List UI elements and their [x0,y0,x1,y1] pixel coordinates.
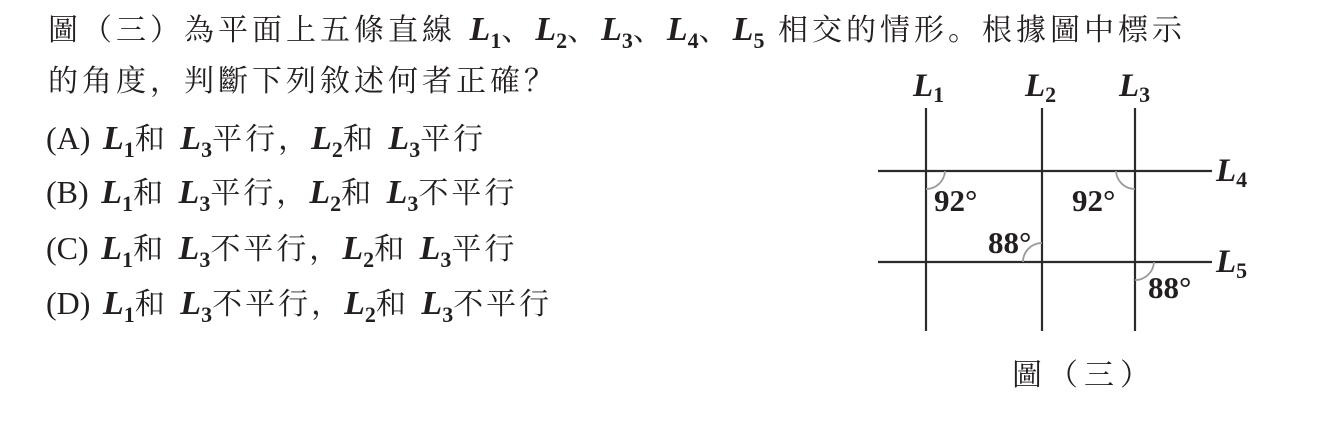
angle-arc-l3-l4 [1116,171,1135,189]
angle-arc-l1-l4 [926,171,945,189]
option-b: (B) L1和 L3平行，L2和 L3不平行 [46,172,517,216]
option-d: (D) L1和 L3不平行，L2和 L3不平行 [46,283,552,327]
label-l3: L3 [1118,68,1150,107]
angle-arc-l3-l5 [1135,262,1154,280]
angle-label-88-middle: 88° [988,225,1031,260]
label-l2: L2 [1024,68,1056,107]
var-l3: L3 [601,11,633,48]
label-l1: L1 [912,68,944,107]
var-l1: L1 [470,11,502,48]
var-l2: L2 [535,11,567,48]
question-stem-line-1: 圖（三）為平面上五條直線 L1、L2、L3、L4、L5 相交的情形。根據圖中標示 [48,10,1186,53]
option-c: (C) L1和 L3不平行，L2和 L3平行 [46,228,517,272]
stem-suffix: 相交的情形。根據圖中標示 [778,13,1186,48]
option-a: (A) L1和 L3平行，L2和 L3平行 [46,118,486,162]
angle-arc-l2-l5 [1023,243,1042,262]
angle-label-92-right: 92° [1072,183,1115,218]
angle-label-92-left: 92° [934,183,977,218]
var-l5: L5 [733,11,765,48]
angle-label-88-right: 88° [1148,270,1191,305]
var-l4: L4 [667,11,699,48]
label-l5: L5 [1215,244,1247,283]
question-stem-line-2: 的角度，判斷下列敘述何者正確？ [48,62,558,102]
figure-caption: 圖（三） [1012,356,1156,396]
label-l4: L4 [1215,153,1247,192]
stem-prefix: 圖（三）為平面上五條直線 [48,13,456,48]
